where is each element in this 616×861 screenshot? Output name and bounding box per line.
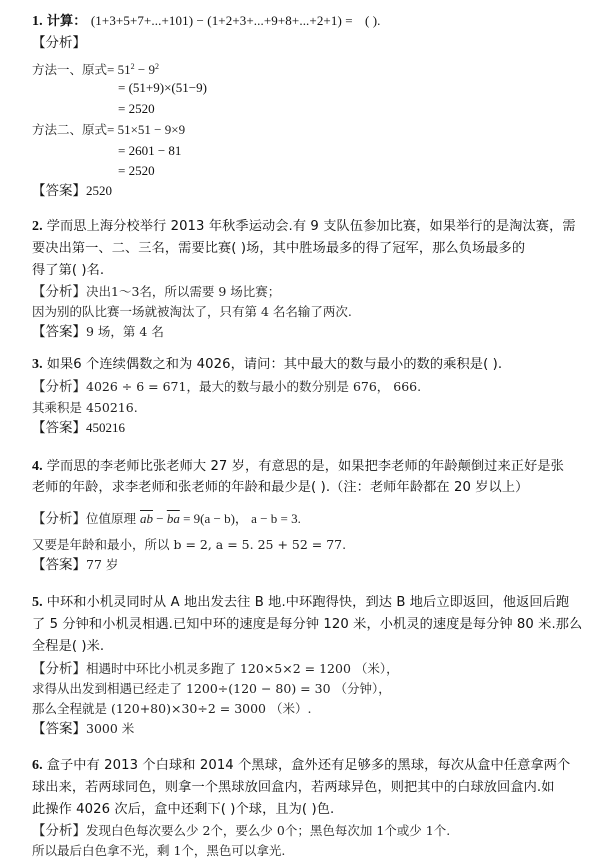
method-label: 方法一、原式 (32, 62, 107, 77)
question-6-stem-line-2: 球出来，若两球同色，则拿一个黑球放回盒内，若两球异色，则把其中的白球放回盒内.如 (32, 779, 555, 797)
question-number: 5. (32, 595, 43, 610)
analysis-line-1: 【分析】决出1～3名，所以需要 9 场比赛； (32, 283, 280, 301)
question-5-stem-line-1: 5.中环和小机灵同时从 A 地出发去往 B 地.中环跑得快，到达 B 地后立即返… (32, 594, 569, 612)
question-number: 3. (32, 357, 43, 372)
analysis-line-3: 那么全程就是 (120+80)×30÷2 = 3000 （米）. (32, 700, 311, 718)
analysis-line-1: 【分析】4026 ÷ 6 = 671，最大的数与最小的数分别是 676， 666… (32, 378, 421, 396)
analysis-heading: 【分析】 (32, 823, 86, 839)
analysis-line-1: 【分析】位值原理 ab − ba = 9(a − b)， a − b = 3. (32, 510, 301, 528)
answer-heading: 【答案】 (32, 721, 86, 737)
answer-heading: 【答案】 (32, 420, 86, 436)
question-2-stem-line-1: 2.学而思上海分校举行 2013 年秋季运动会.有 9 支队伍参加比赛，如果举行… (32, 218, 576, 236)
method-2-line-3: = 2520 (118, 162, 155, 180)
analysis-heading: 【分析】 (32, 661, 86, 677)
question-number: 6. (32, 758, 43, 773)
answer-line: 【答案】3000 米 (32, 720, 134, 739)
analysis-line-2: 其乘积是 450216. (32, 399, 138, 417)
answer-value: 450216 (86, 420, 125, 435)
question-label: 计算： (47, 14, 87, 29)
question-4-stem-line-1: 4.学而思的李老师比张老师大 27 岁，有意思的是，如果把李老师的年龄颠倒过来正… (32, 458, 564, 476)
analysis-heading: 【分析】 (32, 511, 86, 527)
digit-overline-ba: ba (167, 511, 180, 526)
analysis-line-2: 又要是年龄和最小，所以 b = 2, a = 5. 25 + 52 = 77. (32, 536, 346, 554)
question-number: 2. (32, 219, 43, 234)
method-1-line-1: 方法一、原式= 512 − 92 (32, 58, 159, 79)
analysis-heading: 【分析】 (32, 34, 86, 52)
analysis-heading: 【分析】 (32, 284, 86, 300)
question-number: 4. (32, 459, 43, 474)
answer-line: 【答案】9 场，第 4 名 (32, 323, 164, 342)
question-number: 1. (32, 14, 43, 29)
analysis-line-2: 求得从出发到相遇已经走了 1200÷(120 − 80) = 30 （分钟）， (32, 680, 391, 698)
method-2-line-1: 方法二、原式= 51×51 − 9×9 (32, 121, 185, 139)
answer-heading: 【答案】 (32, 324, 86, 340)
question-5-stem-line-3: 全程是( )米. (32, 638, 104, 656)
method-1-line-2: = (51+9)×(51−9) (118, 79, 207, 97)
question-4-stem-line-2: 老师的年龄，求李老师和张老师的年龄和最少是( ).（注：老师年龄都在 20 岁以… (32, 479, 528, 497)
answer-line: 【答案】77 岁 (32, 556, 118, 575)
answer-value: 9 场，第 4 名 (86, 324, 164, 339)
document-page: 1.计算： (1+3+5+7+...+101) − (1+2+3+...+9+8… (0, 0, 616, 861)
digit-overline-ab: ab (140, 511, 153, 526)
answer-line: 【答案】450216 (32, 419, 125, 438)
method-2-line-2: = 2601 − 81 (118, 142, 181, 160)
answer-value: 3000 米 (86, 721, 134, 736)
question-6-stem-line-1: 6.盒子中有 2013 个白球和 2014 个黑球，盒外还有足够多的黑球，每次从… (32, 757, 570, 775)
question-expression: (1+3+5+7+...+101) − (1+2+3+...+9+8+...+2… (91, 13, 353, 28)
analysis-line-2: 所以最后白色拿不光，剩 1个，黑色可以拿光. (32, 842, 285, 860)
question-5-stem-line-2: 了 5 分钟和小机灵相遇.已知中环的速度是每分钟 120 米，小机灵的速度是每分… (32, 616, 582, 634)
analysis-line-2: 因为别的队比赛一场就被淘汰了，只有第 4 名名输了两次. (32, 303, 352, 321)
question-2-stem-line-2: 要决出第一、二、三名，需要比赛( )场，其中胜场最多的得了冠军，那么负场最多的 (32, 240, 525, 258)
method-1-line-3: = 2520 (118, 100, 155, 118)
analysis-line-1: 【分析】发现白色每次要么少 2个，要么少 0个；黑色每次加 1个或少 1个. (32, 822, 450, 840)
question-6-stem-line-3: 此操作 4026 次后，盒中还剩下( )个球，且为( )色. (32, 801, 334, 819)
answer-heading: 【答案】 (32, 557, 86, 573)
analysis-line-1: 【分析】相遇时中环比小机灵多跑了 120×5×2 = 1200 （米）， (32, 660, 399, 678)
answer-heading: 【答案】 (32, 183, 86, 199)
method-label: 方法二、原式 (32, 122, 107, 137)
analysis-heading: 【分析】 (32, 379, 86, 395)
answer-value: 2520 (86, 183, 112, 198)
answer-blank: ( ). (365, 13, 381, 28)
answer-line: 【答案】2520 (32, 182, 112, 201)
question-1-stem: 1.计算： (1+3+5+7+...+101) − (1+2+3+...+9+8… (32, 12, 381, 31)
question-3-stem: 3.如果6 个连续偶数之和为 4026，请问：其中最大的数与最小的数的乘积是( … (32, 356, 502, 374)
math-step: = 51×51 − 9×9 (107, 122, 185, 137)
math-step: = 512 − 92 (107, 62, 159, 77)
question-2-stem-line-3: 得了第( )名. (32, 262, 104, 280)
answer-value: 77 岁 (86, 557, 118, 572)
